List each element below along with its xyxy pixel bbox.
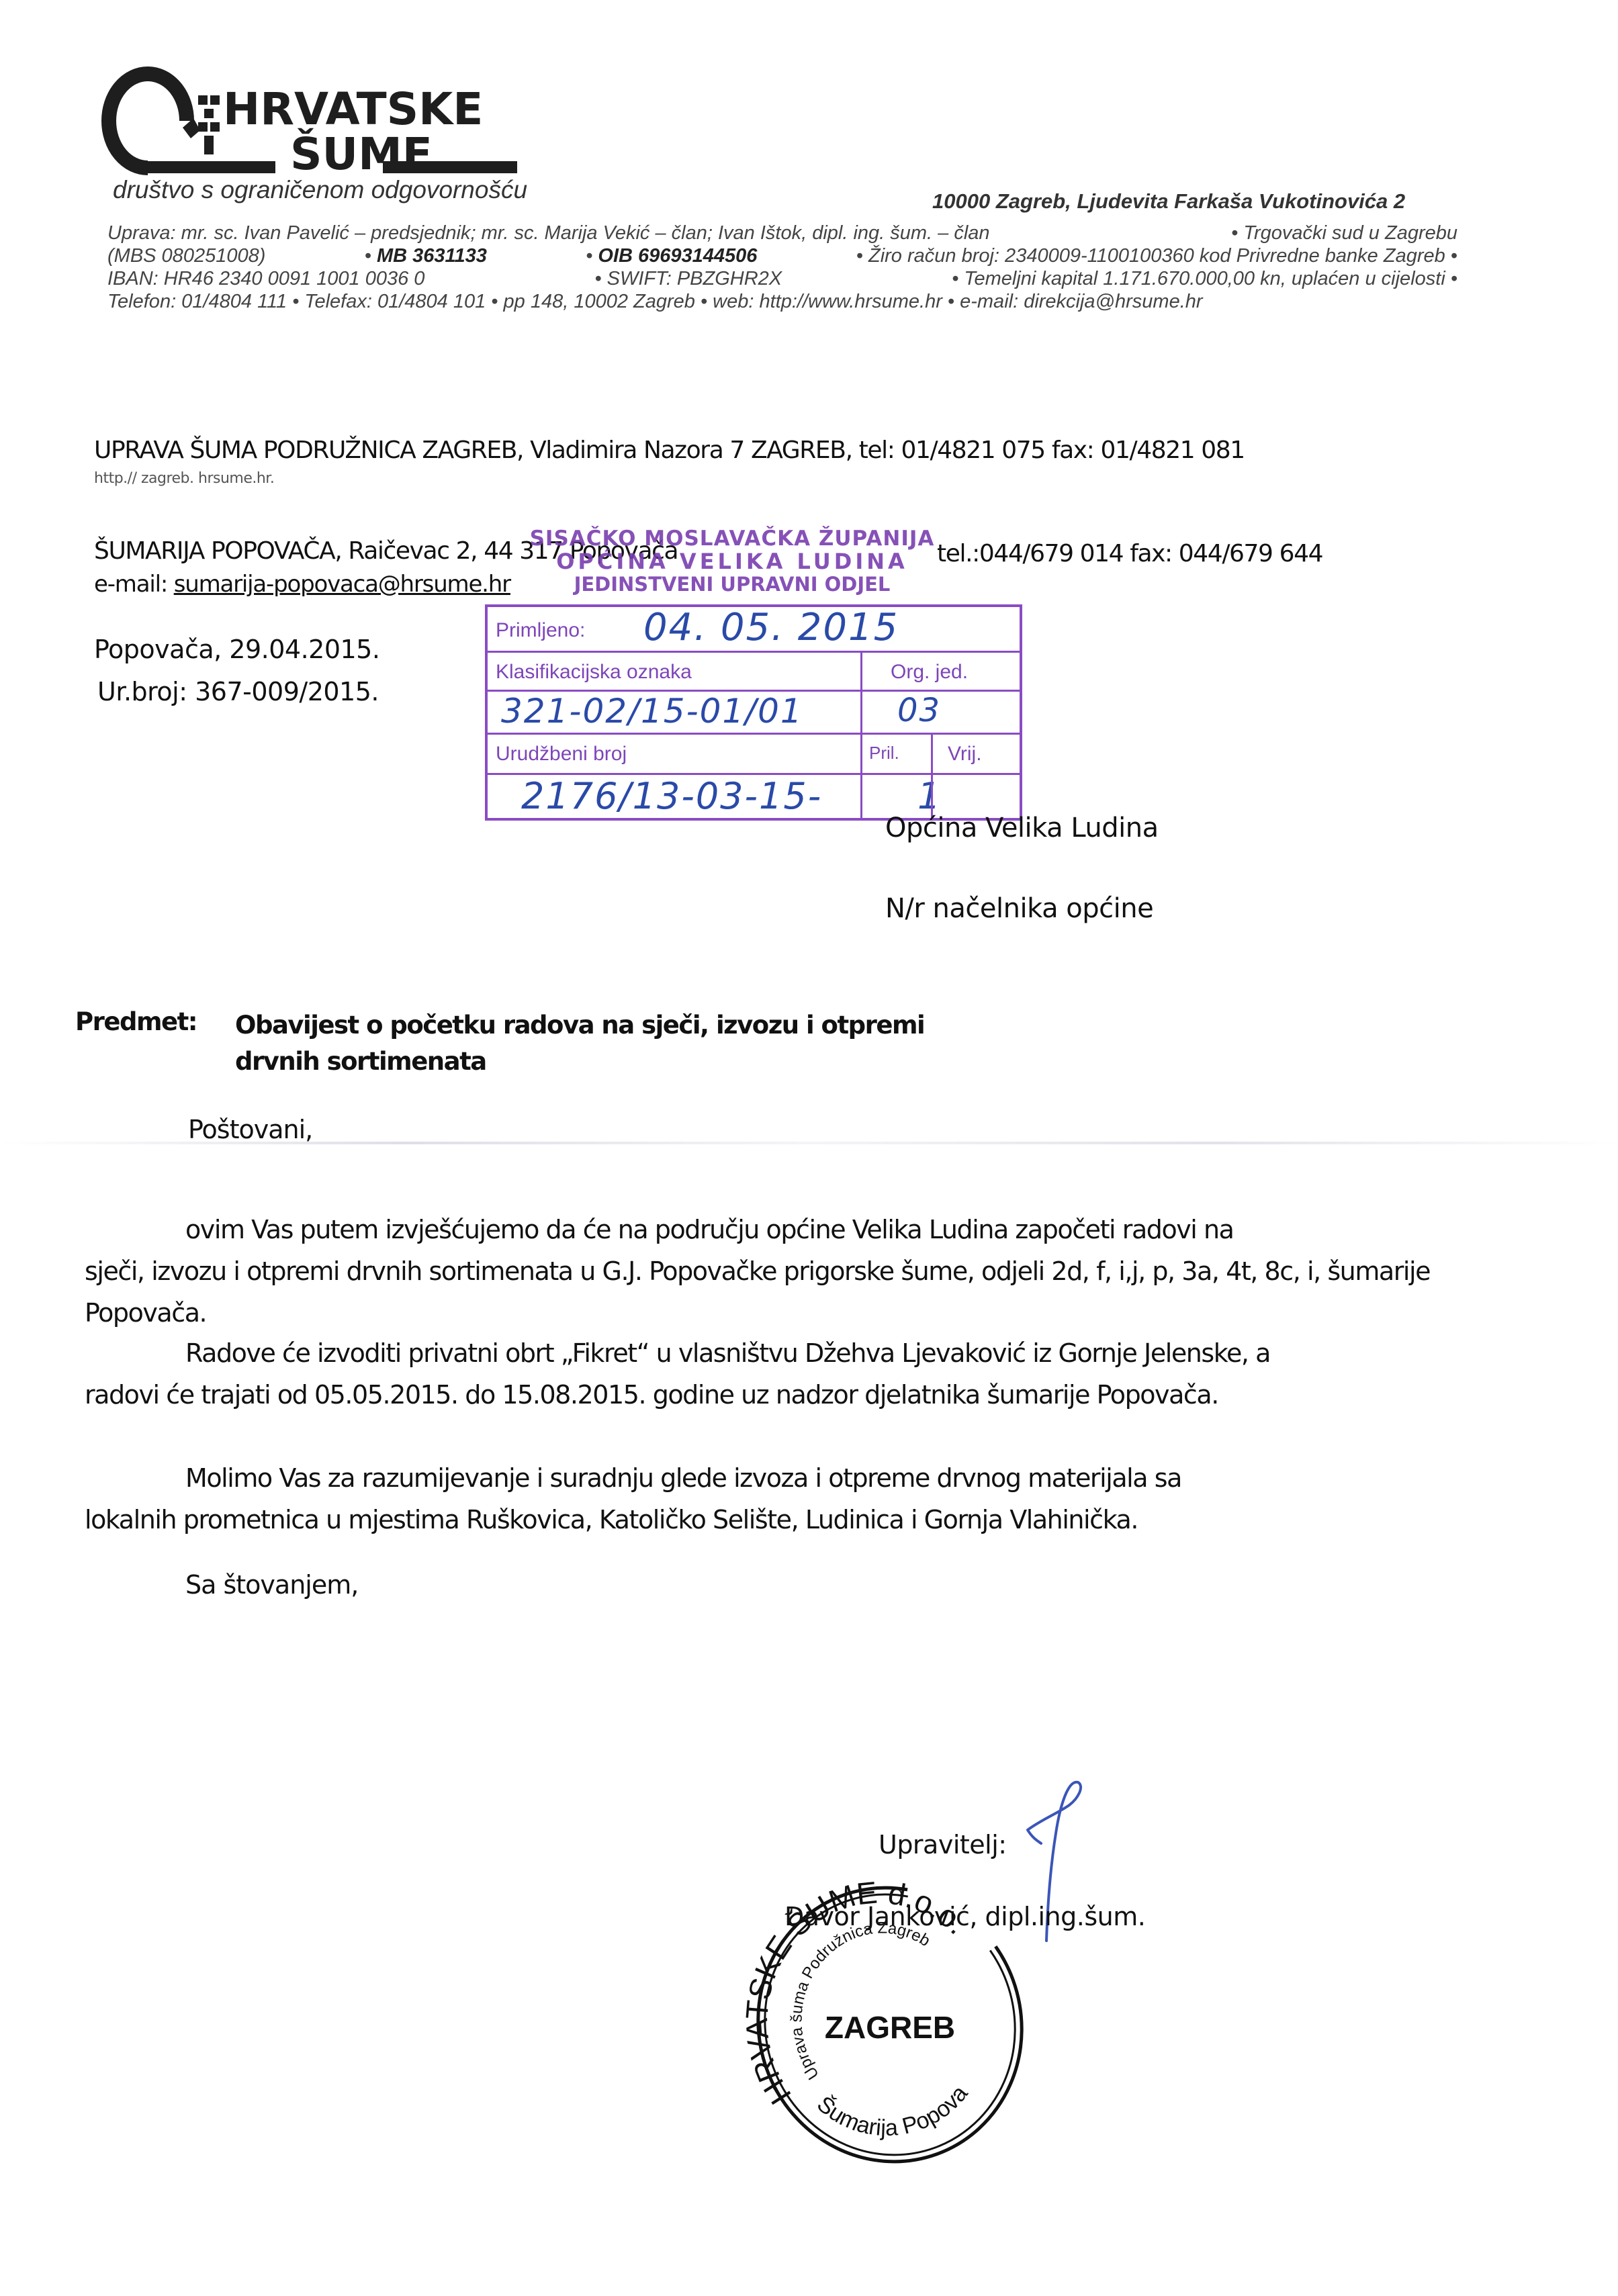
stamp-row-class-value: 321-02/15-01/01 03 — [488, 692, 1020, 735]
company-details: Uprava: mr. sc. Ivan Pavelić – predsjedn… — [107, 222, 1457, 313]
svg-text:ŠUME: ŠUME — [290, 128, 433, 180]
company-details-line-2: (MBS 080251008) • MB 3631133 • OIB 69693… — [107, 244, 1457, 267]
registry-stamp: Primljeno: 04. 05. 2015 Klasifikacijska … — [485, 604, 1022, 821]
paper-fold-line — [0, 1142, 1618, 1144]
stamp-divider — [931, 735, 933, 821]
official-round-stamp: HRVATSKE ŠUME d.o.o. Uprava šuma Podružn… — [746, 1874, 1028, 2176]
hq-address: 10000 Zagreb, Ljudevita Farkaša Vukotino… — [932, 189, 1405, 214]
body-paragraph-2: Radove će izvoditi privatni obrt „Fikret… — [85, 1332, 1441, 1416]
letter-reference-number: Ur.broj: 367-009/2015. — [97, 677, 379, 706]
official-stamp-icon: HRVATSKE ŠUME d.o.o. Uprava šuma Podružn… — [746, 1874, 1028, 2176]
registry-stamp-header: SISAČKO MOSLAVAČKA ŽUPANIJA OPĆINA VELIK… — [524, 527, 940, 596]
svg-text:HRVATSKE ŠUME d.o.o.: HRVATSKE ŠUME d.o.o. — [746, 1875, 975, 2111]
subject-label: Predmet: — [75, 1007, 197, 1036]
company-details-line-3: IBAN: HR46 2340 0091 1001 0036 0 • SWIFT… — [107, 267, 1457, 290]
stamp-attach-value: 1 — [917, 775, 942, 817]
letter-place-date: Popovača, 29.04.2015. — [94, 635, 379, 664]
branch-header: UPRAVA ŠUMA PODRUŽNICA ZAGREB, Vladimira… — [94, 437, 1245, 464]
office-email-link[interactable]: sumarija-popovaca@hrsume.hr — [174, 571, 510, 598]
stamp-received-date: 04. 05. 2015 — [643, 606, 899, 649]
svg-text:ZAGREB: ZAGREB — [825, 2010, 955, 2045]
recipient-attention: N/r načelnika općine — [885, 893, 1153, 924]
stamp-regno-value: 2176/13-03-15- — [521, 775, 822, 817]
office-phone-fax: tel.:044/679 014 fax: 044/679 644 — [937, 540, 1322, 567]
salutation: Poštovani, — [188, 1115, 312, 1144]
stamp-row-received: Primljeno: 04. 05. 2015 — [488, 607, 1020, 653]
office-email: e-mail: sumarija-popovaca@hrsume.hr — [94, 571, 510, 598]
svg-text:HRVATSKE: HRVATSKE — [223, 83, 483, 135]
hrvatske-sume-logo-icon: HRVATSKE ŠUME — [101, 54, 598, 188]
signer-title: Upravitelj: — [879, 1830, 1007, 1859]
subject-text: Obavijest o početku radova na sječi, izv… — [235, 1007, 1007, 1080]
stamp-divider — [860, 653, 862, 821]
company-legal-form: društvo s ograničenom odgovornošću — [113, 176, 527, 204]
body-paragraph-3: Molimo Vas za razumijevanje i suradnju g… — [85, 1457, 1441, 1541]
recipient-name: Općina Velika Ludina — [885, 813, 1159, 843]
stamp-row-regno-label: Urudžbeni broj Pril. Vrij. — [488, 735, 1020, 775]
company-logo: HRVATSKE ŠUME — [101, 54, 598, 188]
stamp-org-value: 03 — [897, 692, 941, 729]
branch-website: http.// zagreb. hrsume.hr. — [94, 470, 274, 487]
company-details-line-4: Telefon: 01/4804 111 • Telefax: 01/4804 … — [107, 290, 1457, 313]
closing: Sa štovanjem, — [185, 1570, 358, 1600]
stamp-class-value: 321-02/15-01/01 — [501, 692, 803, 731]
company-details-line-1: Uprava: mr. sc. Ivan Pavelić – predsjedn… — [107, 222, 1457, 244]
svg-text:Uprava šuma Podružnica Zagreb: Uprava šuma Podružnica Zagreb — [787, 1919, 933, 2083]
stamp-row-class-label: Klasifikacijska oznaka Org. jed. — [488, 653, 1020, 692]
body-paragraph-1: ovim Vas putem izvješćujemo da će na pod… — [85, 1209, 1441, 1334]
